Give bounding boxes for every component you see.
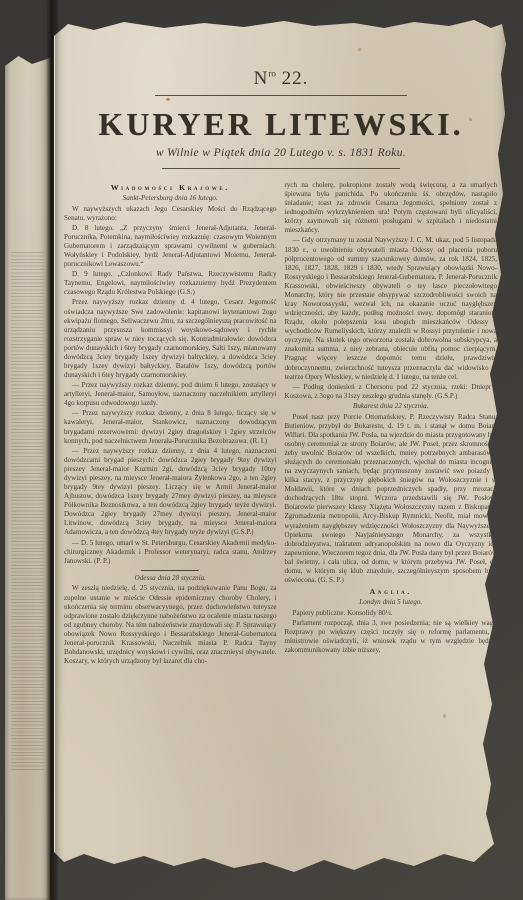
section-heading: Wiadomości Krajowe.	[64, 183, 277, 193]
adjacent-page-edge	[5, 52, 50, 900]
article-columns: Wiadomości Krajowe.Sankt-Petersburg dnia…	[55, 169, 507, 827]
newspaper-title: KURYER LITEWSKI.	[55, 106, 507, 143]
paragraph: — D. 5 lutego, umarł w St. Petersburgu, …	[64, 539, 277, 566]
paragraph: D. 9 lutego. „Członkowi Rady Państwa, Rz…	[64, 270, 277, 297]
scan-background: Nro 22. KURYER LITEWSKI. w Wilnie w Piąt…	[0, 0, 523, 900]
article-dateline: Londyn dnia 5 lutego.	[285, 598, 498, 607]
left-column: Wiadomości Krajowe.Sankt-Petersburg dnia…	[64, 181, 277, 827]
masthead: Nro 22. KURYER LITEWSKI. w Wilnie w Piąt…	[55, 14, 507, 169]
paragraph: — Przez naywyższy rozkaz dzienny, pod dn…	[64, 381, 277, 408]
section-rule	[141, 570, 199, 571]
paragraph: — Gdy otrzymany tu został Naywyższy J. C…	[285, 236, 498, 381]
foxing-speck	[166, 98, 170, 101]
paragraph: W naywyższych ukazach Jego Cesarskiey Mo…	[64, 205, 277, 223]
paragraph-continuation: rych na cholerę, pokropione zostały wodą…	[285, 181, 498, 235]
paragraph: — Przez naywyższy rozkaz dzienny, z dnia…	[64, 409, 277, 445]
paragraph: — Podług doniesień z Chersonu pod 22 sty…	[285, 383, 498, 401]
paragraph: D. 8 lutego. „Z przyczyny śmierci Jenera…	[64, 224, 277, 269]
article-dateline: Sankt-Petersburg dnia 16 lutego.	[64, 194, 277, 203]
article-dateline: Bukarest dnia 22 stycznia.	[285, 402, 498, 411]
section-heading: Anglia.	[285, 587, 498, 597]
foxing-speck	[469, 118, 472, 121]
foxing-speck	[358, 48, 361, 51]
paragraph: Papiery publiczne. Konsolidy 80½.	[285, 609, 498, 618]
paragraph: W zeszłą niedzielę, d. 25 stycznia, na p…	[64, 584, 277, 666]
newspaper-page: Nro 22. KURYER LITEWSKI. w Wilnie w Piąt…	[54, 14, 507, 886]
issue-letter: N	[254, 68, 269, 89]
masthead-dateline: w Wilnie w Piątek dnia 20 Lutego v. s. 1…	[55, 147, 507, 159]
paragraph: Przez naywyższy rozkaz dzienny d. 4 lute…	[64, 298, 277, 380]
issue-number: Nro 22.	[55, 68, 507, 90]
paragraph: Parlament rozpoczął, dnia 3, swe posiedz…	[285, 619, 498, 655]
issue-superscript: ro	[268, 69, 276, 79]
right-column: rych na cholerę, pokropione zostały wodą…	[285, 181, 498, 827]
issue-value: 22.	[282, 68, 309, 89]
foxing-speck	[443, 714, 446, 718]
paragraph: — Przez naywyższy rozkaz dzienny, z dnia…	[64, 447, 277, 538]
masthead-rule-top	[155, 95, 407, 96]
paragraph: Poseł nasz przy Porcie Ottomańskiey, P. …	[285, 413, 498, 585]
article-dateline: Odessa dnia 28 stycznia.	[64, 574, 277, 583]
